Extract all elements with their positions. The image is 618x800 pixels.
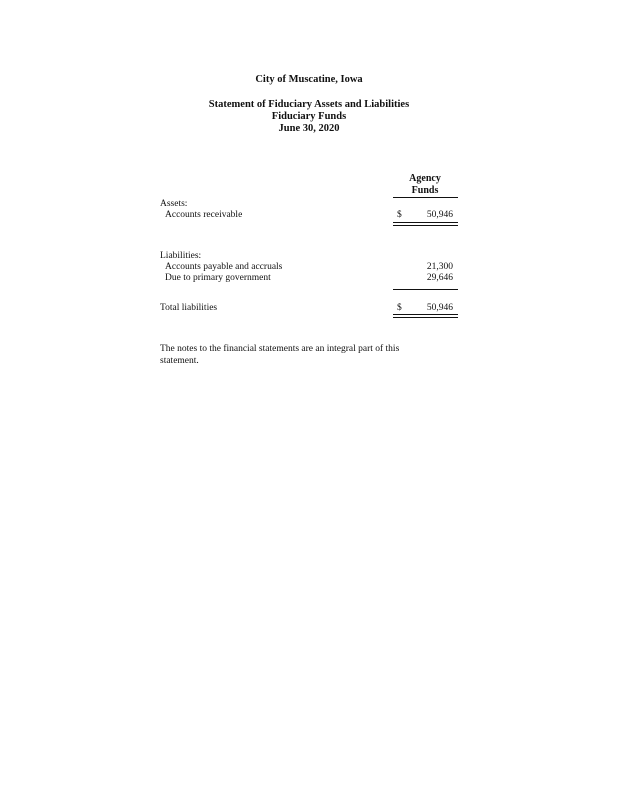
liabilities-total-double-rule [393, 314, 458, 318]
liabilities-subtotal-rule [393, 289, 458, 290]
statement-page: City of Muscatine, Iowa Statement of Fid… [0, 0, 618, 800]
assets-total-double-rule [393, 222, 458, 226]
total-liabilities-amount: 50,946 [400, 303, 453, 314]
statement-title: Statement of Fiduciary Assets and Liabil… [0, 99, 618, 111]
accounts-payable-amount: 21,300 [400, 262, 453, 273]
statement-date: June 30, 2020 [0, 123, 618, 135]
column-header-underline [393, 197, 458, 198]
due-to-primary-government-label: Due to primary government [165, 273, 271, 284]
accounts-receivable-label: Accounts receivable [165, 210, 242, 221]
assets-section-label: Assets: [160, 199, 187, 210]
entity-name: City of Muscatine, Iowa [0, 74, 618, 86]
column-header-line1: Agency [393, 173, 457, 185]
fund-type: Fiduciary Funds [0, 111, 618, 123]
accounts-payable-label: Accounts payable and accruals [165, 262, 282, 273]
accounts-receivable-amount: 50,946 [400, 210, 453, 221]
footnote: The notes to the financial statements ar… [160, 343, 430, 367]
due-to-primary-government-amount: 29,646 [400, 273, 453, 284]
column-header-line2: Funds [393, 185, 457, 197]
total-liabilities-label: Total liabilities [160, 303, 217, 314]
liabilities-section-label: Liabilities: [160, 251, 201, 262]
